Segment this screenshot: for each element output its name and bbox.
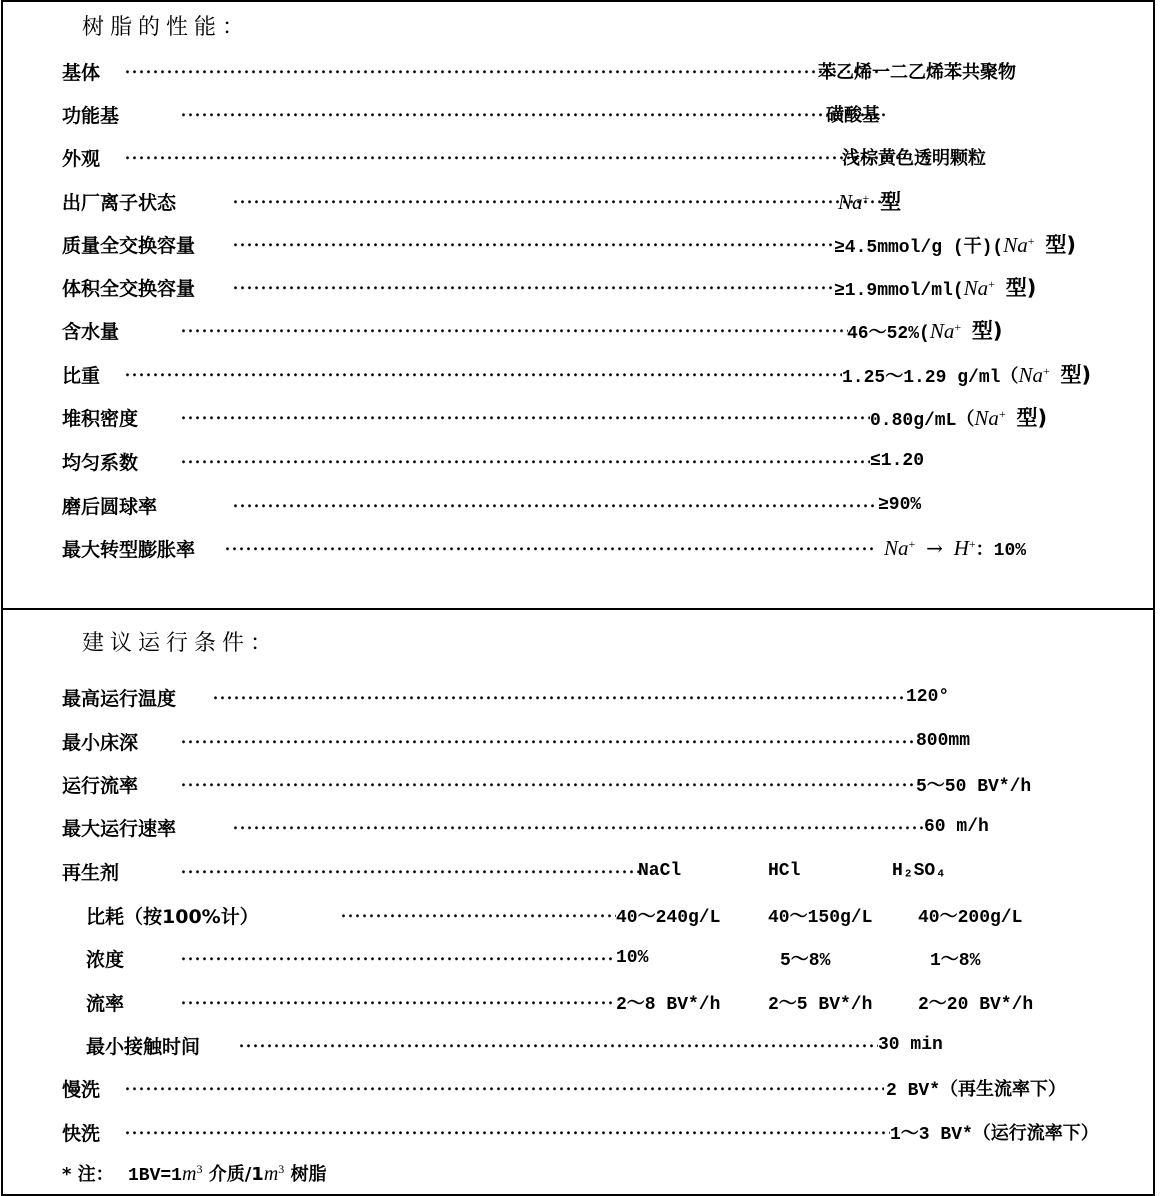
condition-label: 最大运行速率 [62,814,176,841]
leader-dots [224,547,876,551]
leader-dots [124,156,904,160]
property-label: 体积全交换容量 [62,274,195,301]
regenerant-value-hcl: 2～5 BV*/h [768,989,872,1015]
property-value: 1.25～1.29 g/ml（Na+ 型) [842,359,1091,389]
property-label: 功能基 [62,101,119,128]
property-row-volume-capacity: 体积全交换容量 ≥1.9mmol/ml(Na+ 型) [62,272,1142,302]
regenerant-row-contact-time: 最小接触时间 30 min [86,1030,1142,1060]
property-row-ionic-form: 出厂离子状态 Na+ 型 [62,186,1142,216]
regenerant-row-flow-rate: 流率 2～8 BV*/h 2～5 BV*/h 2～20 BV*/h [86,987,1142,1017]
condition-row-max-velocity: 最大运行速率 60 m/h [62,812,1142,842]
property-label: 最大转型膨胀率 [62,535,195,562]
leader-dots [232,826,924,830]
regenerant-sub-label: 流率 [86,989,124,1016]
property-row-specific-gravity: 比重 1.25～1.29 g/ml（Na+ 型) [62,359,1142,389]
leader-dots [124,70,880,74]
property-value: ≥1.9mmol/ml(Na+ 型) [834,272,1036,302]
rinse-value: 2 BV*（再生流率下） [886,1075,1066,1101]
section-title-operating-conditions: 建议运行条件： [82,626,278,657]
property-value: ≥4.5mmol/g (干)(Na+ 型) [834,229,1076,259]
leader-dots [124,1087,884,1091]
property-label: 外观 [62,144,100,171]
property-label: 质量全交换容量 [62,231,195,258]
rinse-row-fast: 快洗 1～3 BV*（运行流率下） [62,1117,1142,1147]
condition-label: 最高运行温度 [62,684,176,711]
property-row-weight-capacity: 质量全交换容量 ≥4.5mmol/g (干)(Na+ 型) [62,229,1142,259]
regenerant-row-concentration: 浓度 10% 5～8% 1～8% [86,943,1142,973]
regenerant-value-nacl: 40～240g/L [616,902,720,928]
property-value: Na+ → H+：10% [884,535,1026,561]
property-value: Na+ 型 [838,186,901,216]
condition-label: 最小床深 [62,728,138,755]
condition-value: 800mm [916,731,970,751]
regenerant-label: 再生剂 [62,858,119,885]
property-row-appearance: 外观 浅棕黄色透明颗粒 [62,142,1142,172]
leader-dots [232,243,836,247]
regenerant-value-nacl: 10% [616,948,648,968]
rinse-row-slow: 慢洗 2 BV*（再生流率下） [62,1073,1142,1103]
property-label: 出厂离子状态 [62,188,176,215]
regenerant-value-h2so4: 1～8% [930,945,980,971]
regenerant-sub-label: 最小接触时间 [86,1032,200,1059]
property-row-sphericity: 磨后圆球率 ≥90% [62,490,1142,520]
rinse-label: 快洗 [62,1119,100,1146]
condition-label: 运行流率 [62,771,138,798]
leader-dots [180,870,640,874]
condition-row-max-temperature: 最高运行温度 120° [62,682,1142,712]
leader-dots [238,1044,878,1048]
property-value: ≤1.20 [870,451,924,471]
property-label: 比重 [62,361,100,388]
property-row-matrix: 基体 苯乙烯一二乙烯苯共聚物 [62,56,1142,86]
leader-dots [180,783,916,787]
rinse-value: 1～3 BV*（运行流率下） [890,1119,1099,1145]
property-label: 堆积密度 [62,404,138,431]
footnote: * 注： 1BV=1m3 介质/1m3 树脂 [62,1160,327,1186]
leader-dots [180,329,848,333]
property-label: 基体 [62,58,100,85]
property-row-swelling: 最大转型膨胀率 Na+ → H+：10% [62,533,1142,563]
property-value: 苯乙烯一二乙烯苯共聚物 [818,58,1016,84]
regenerant-value-h2so4: 2～20 BV*/h [918,989,1033,1015]
regenerant-header-row: 再生剂 NaCl HCl H₂SO₄ [62,856,1142,886]
condition-value: 120° [906,687,949,707]
property-row-bulk-density: 堆积密度 0.80g/mL（Na+ 型) [62,402,1142,432]
condition-row-service-flow: 运行流率 5～50 BV*/h [62,769,1142,799]
regenerant-value-nacl: 2～8 BV*/h [616,989,720,1015]
leader-dots [180,957,616,961]
regenerant-column-h2so4: H₂SO₄ [892,861,946,881]
regenerant-column-hcl: HCl [768,861,800,881]
property-value: 0.80g/mL（Na+ 型) [870,402,1047,432]
leader-dots [124,1131,890,1135]
leader-dots [232,504,878,508]
regenerant-value-h2so4: 40～200g/L [918,902,1022,928]
regenerant-row-consumption: 比耗（按100%计） 40～240g/L 40～150g/L 40～200g/L [86,900,1142,930]
property-value: ≥90% [878,495,921,515]
condition-value: 60 m/h [924,817,989,837]
regenerant-value: 30 min [878,1035,943,1055]
regenerant-value-hcl: 5～8% [780,945,830,971]
leader-dots [180,460,870,464]
property-row-uniformity: 均匀系数 ≤1.20 [62,446,1142,476]
section-title-properties: 树脂的性能： [82,10,250,41]
regenerant-sub-label: 浓度 [86,945,124,972]
condition-row-min-bed-depth: 最小床深 800mm [62,726,1142,756]
property-row-moisture: 含水量 46～52%(Na+ 型) [62,315,1142,345]
property-value: 磺酸基 [826,101,880,127]
regenerant-sub-label: 比耗（按100%计） [86,902,259,929]
property-value: 46～52%(Na+ 型) [847,315,1003,345]
leader-dots [232,286,836,290]
property-label: 均匀系数 [62,448,138,475]
rinse-label: 慢洗 [62,1075,100,1102]
regenerant-column-nacl: NaCl [638,861,681,881]
regenerant-value-hcl: 40～150g/L [768,902,872,928]
leader-dots [180,1001,616,1005]
leader-dots [340,914,616,918]
property-row-functional-group: 功能基 磺酸基 [62,99,1142,129]
leader-dots [232,200,894,204]
leader-dots [180,740,916,744]
property-label: 含水量 [62,317,119,344]
property-label: 磨后圆球率 [62,492,157,519]
condition-value: 5～50 BV*/h [916,771,1031,797]
leader-dots [180,416,870,420]
leader-dots [180,113,888,117]
leader-dots [124,373,842,377]
leader-dots [212,696,906,700]
property-value: 浅棕黄色透明颗粒 [842,144,986,170]
